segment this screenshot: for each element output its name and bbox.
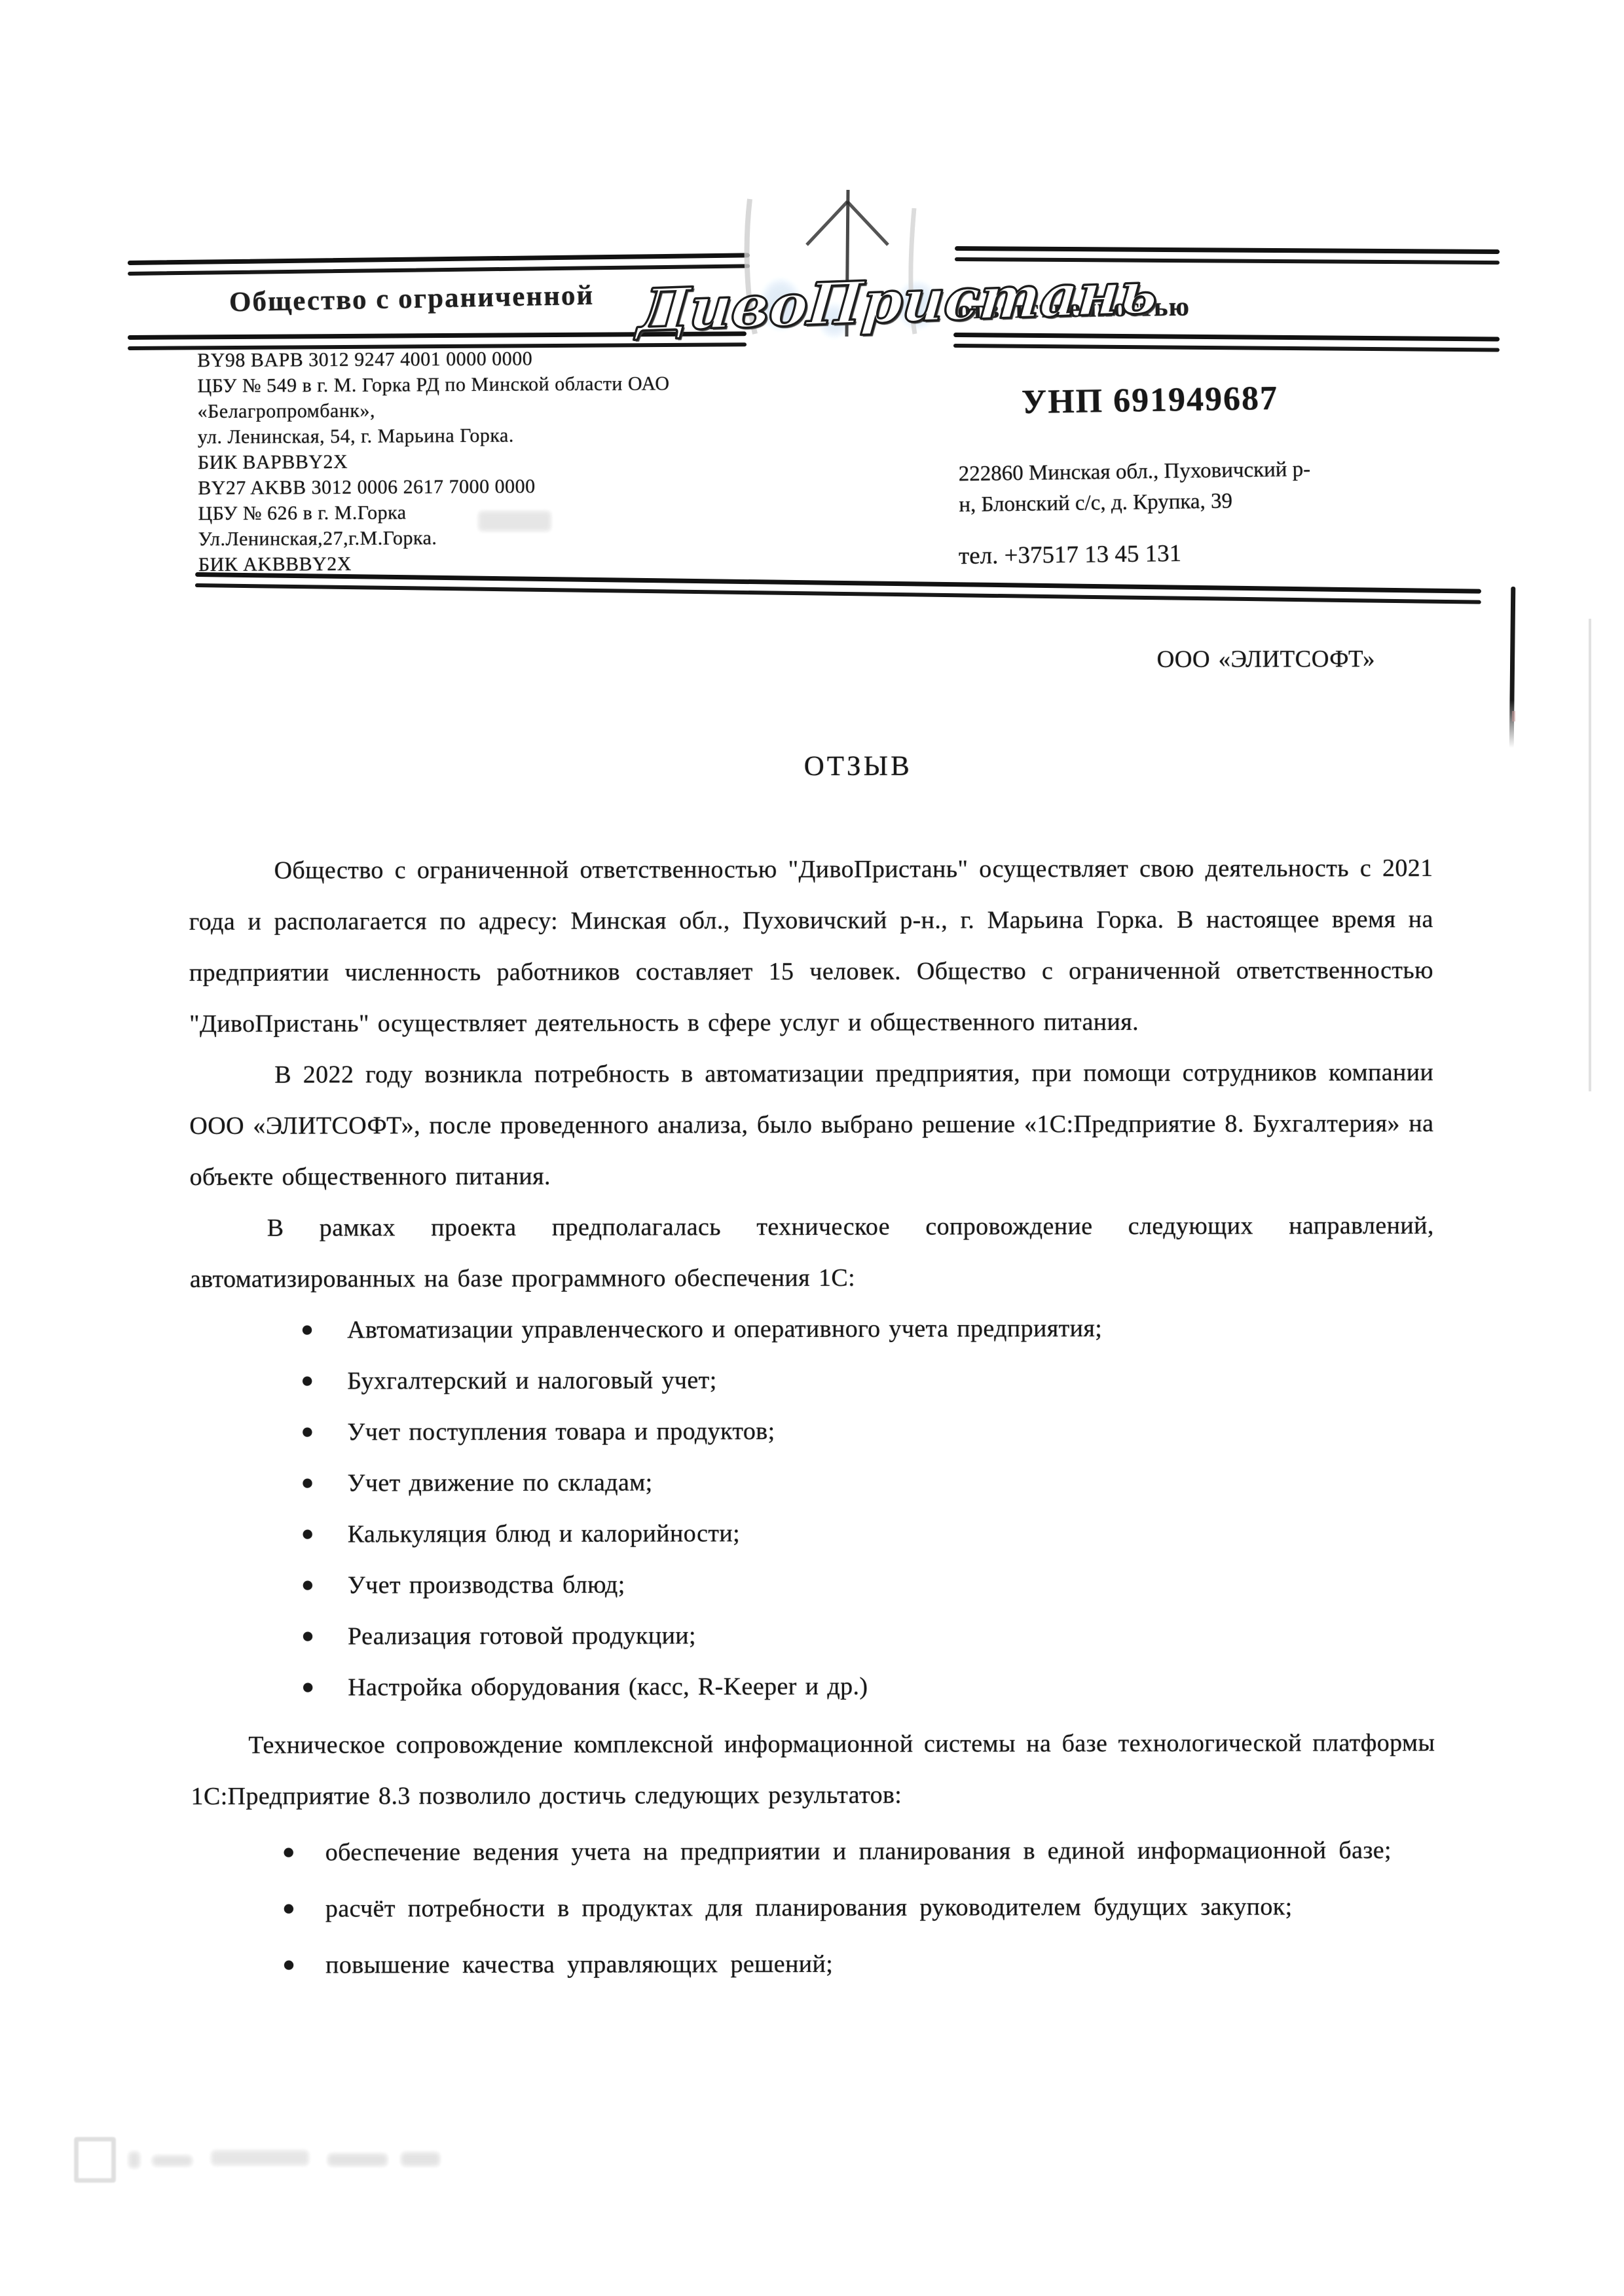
list-item: обеспечение ведения учета на предприятии… <box>191 1825 1435 1878</box>
bullet-dot-icon <box>303 1632 312 1641</box>
results-list: обеспечение ведения учета на предприятии… <box>191 1825 1436 1991</box>
list-item-text: обеспечение ведения учета на предприятии… <box>325 1836 1392 1866</box>
faint-footer-smudge <box>327 2153 388 2166</box>
list-item: Бухгалтерский и налоговый учет; <box>190 1353 1434 1407</box>
list-item: Автоматизации управленческого и оператив… <box>190 1302 1434 1356</box>
letter-title: ОТЗЫВ <box>236 748 1480 785</box>
bullet-dot-icon <box>284 1848 293 1857</box>
faint-footer-square-artifact <box>74 2137 116 2183</box>
letter-body: ООО «ЭЛИТСОФТ» ОТЗЫВ Общество с ограниче… <box>189 644 1435 1991</box>
list-item-text: Учет поступления товара и продуктов; <box>347 1417 775 1446</box>
list-item: расчёт потребности в продуктах для плани… <box>191 1881 1435 1935</box>
faint-scan-smudge <box>478 511 551 532</box>
list-item: Учет производства блюд; <box>191 1558 1435 1611</box>
org-name-left: Общество с ограниченной <box>229 280 595 319</box>
paragraph-intro: Общество с ограниченной ответственностью… <box>189 843 1433 1049</box>
logo-script-text: ДивоПристань <box>636 258 1161 344</box>
bullet-dot-icon <box>284 1961 293 1970</box>
address-line-2: н, Блонский с/с, д. Крупка, 39 <box>959 483 1457 521</box>
paragraph-project-scope: В рамках проекта предполагалась техничес… <box>190 1200 1434 1305</box>
bullet-dot-icon <box>303 1530 312 1539</box>
paragraph-automation-need: В 2022 году возникла потребность в автом… <box>189 1047 1433 1203</box>
list-item-text: Калькуляция блюд и калорийности; <box>348 1520 740 1548</box>
directions-list: Автоматизации управленческого и оператив… <box>190 1302 1435 1713</box>
list-item-text: повышение качества управляющих решений; <box>325 1950 833 1979</box>
list-item: Учет поступления товара и продуктов; <box>190 1404 1434 1458</box>
list-item: Реализация готовой продукции; <box>191 1609 1435 1662</box>
bank-detail-line: ул. Ленинская, 54, г. Марьина Горка. <box>198 420 984 450</box>
faint-footer-smudge <box>211 2150 309 2166</box>
bank-detail-line: ЦБУ № 626 в г. М.Горка <box>198 497 984 526</box>
bullet-dot-icon <box>303 1581 312 1590</box>
bullet-dot-icon <box>303 1479 312 1488</box>
list-item: Настройка оборудования (касс, R-Keeper и… <box>191 1660 1435 1713</box>
bank-detail-line: БИК BAPBBY2X <box>198 446 984 475</box>
list-item-text: Настройка оборудования (касс, R-Keeper и… <box>348 1673 868 1702</box>
list-item-text: расчёт потребности в продуктах для плани… <box>325 1893 1293 1922</box>
list-item: Калькуляция блюд и калорийности; <box>191 1506 1435 1560</box>
bullet-dot-icon <box>303 1377 312 1386</box>
bullet-dot-icon <box>303 1683 312 1692</box>
list-item-text: Автоматизации управленческого и оператив… <box>347 1315 1102 1343</box>
bullet-dot-icon <box>284 1904 293 1914</box>
bank-detail-line: ЦБУ № 549 в г. М. Горка РД по Минской об… <box>197 369 983 399</box>
bullet-dot-icon <box>303 1326 312 1335</box>
faint-footer-smudge <box>128 2151 140 2168</box>
list-item: Учет движение по складам; <box>190 1455 1434 1509</box>
scan-edge-line <box>1589 619 1591 1091</box>
divopristan-logo: ДивоПристань <box>638 267 1058 352</box>
list-item-text: Бухгалтерский и налоговый учет; <box>347 1366 717 1394</box>
bank-detail-line: БИК AKBBBY2X <box>198 548 984 577</box>
list-item-text: Учет движение по складам; <box>347 1469 652 1497</box>
bank-detail-line: Ул.Ленинская,27,г.М.Горка. <box>198 522 984 552</box>
faint-footer-smudge <box>152 2155 193 2166</box>
paragraph-results-intro: Техническое сопровождение комплексной ин… <box>191 1717 1435 1822</box>
faint-footer-smudge <box>401 2152 440 2166</box>
double-rule-under-bank-details <box>195 572 1481 604</box>
bullet-dot-icon <box>303 1428 312 1437</box>
bank-details-block: BY98 BAPB 3012 9247 4001 0000 0000ЦБУ № … <box>197 344 984 577</box>
bank-detail-line: BY98 BAPB 3012 9247 4001 0000 0000 <box>197 344 983 373</box>
unp-number: УНП 691949687 <box>1022 379 1279 422</box>
list-item: повышение качества управляющих решений; <box>191 1937 1435 1991</box>
bank-detail-line: «Белагропромбанк», <box>197 395 983 424</box>
bank-detail-line: BY27 AKBB 3012 0006 2617 7000 0000 <box>198 471 984 501</box>
phone-number: тел. +37517 13 45 131 <box>959 539 1182 570</box>
recipient: ООО «ЭЛИТСОФТ» <box>189 644 1433 678</box>
vertical-pen-stroke-artifact <box>1509 587 1516 749</box>
list-item-text: Учет производства блюд; <box>348 1571 625 1599</box>
company-address: 222860 Минская обл., Пуховичский р- н, Б… <box>958 452 1456 521</box>
list-item-text: Реализация готовой продукции; <box>348 1622 696 1650</box>
red-scan-dot <box>1512 711 1515 721</box>
scanned-letter-page: Общество с ограниченной ответственностью… <box>0 0 1624 2296</box>
